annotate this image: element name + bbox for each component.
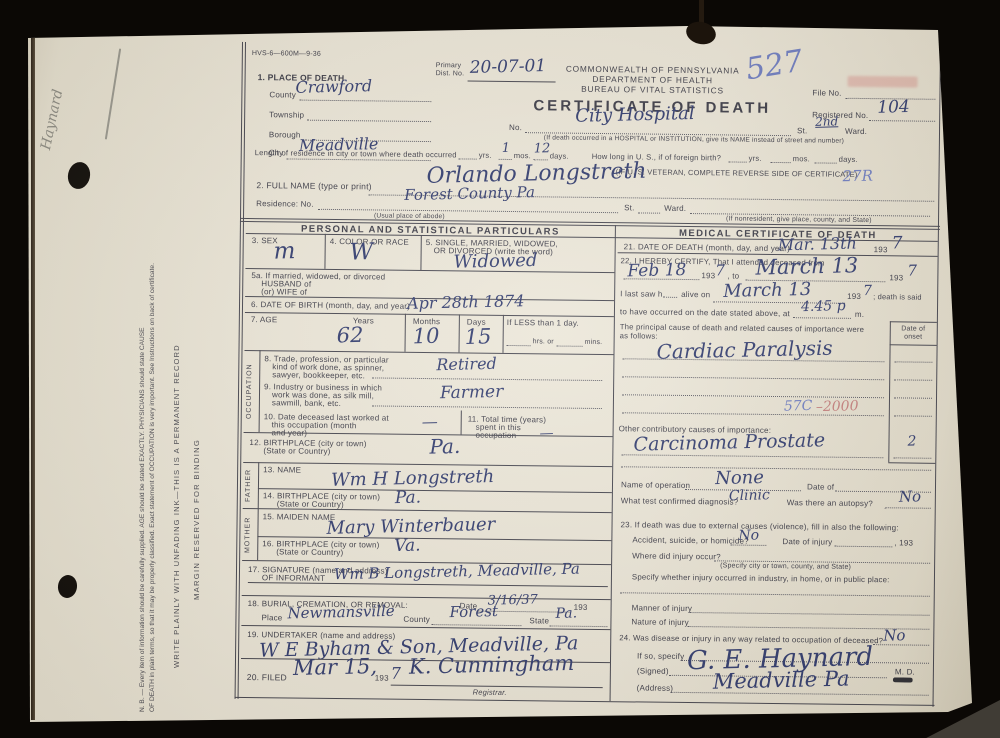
- occurred-label: to have occurred on the date stated abov…: [620, 307, 790, 318]
- mother-rule: [242, 560, 611, 565]
- father-name-label: 13. NAME: [263, 465, 301, 474]
- industry-line: [372, 405, 602, 409]
- residence-ward-line: [690, 213, 930, 217]
- less-than-day-label: If LESS than 1 day.: [507, 318, 579, 328]
- accident-label: Accident, suicide, or homicide?: [632, 535, 749, 545]
- age-div1: [404, 314, 405, 352]
- age-div2: [458, 314, 459, 352]
- cause-line-3: [622, 394, 884, 398]
- last-worked-value: —: [421, 412, 437, 431]
- signed-label: (Signed): [637, 666, 669, 675]
- burial-state-line: [549, 625, 607, 627]
- full-name-line: [368, 194, 934, 201]
- age-years-value: 62: [336, 323, 363, 348]
- dod-193: 193: [874, 245, 888, 254]
- time-line: [793, 317, 851, 319]
- residence-ward-label: Ward.: [664, 204, 686, 213]
- res-mos-label: mos.: [514, 151, 531, 160]
- registrar-value: K. Cunningham: [409, 651, 575, 679]
- ward-value: 2nd: [815, 114, 838, 129]
- father-rule: [243, 508, 612, 513]
- last-worked-label-2: this occupation (month: [272, 420, 357, 430]
- father-side-label: FATHER: [245, 463, 253, 508]
- where-note: (Specify city or town, county, and State…: [720, 562, 851, 570]
- residence-st-line: [638, 212, 660, 213]
- death-said-label: ; death is said: [873, 292, 922, 302]
- manner-line: [690, 612, 930, 616]
- onset-line-4: [894, 415, 932, 416]
- burial-label: 18. BURIAL, CREMATION, OR REMOVAL:: [248, 599, 408, 610]
- age-years-label: Years: [353, 316, 374, 325]
- industry-label-2: work was done, as silk mill,: [272, 390, 374, 400]
- burial-place-label: Place: [261, 613, 282, 622]
- primary-dist-value: 20-07-01: [470, 56, 547, 78]
- borough-line: [305, 140, 431, 142]
- principal-label-2: as follows:: [620, 331, 658, 340]
- file-no-label: File No.: [812, 88, 841, 97]
- if-so-line: [681, 660, 929, 664]
- length-residence-label: Length of residence in city or town wher…: [255, 148, 457, 159]
- attended-from-value: Feb 18: [627, 260, 686, 281]
- punch-hole-bottom: [56, 574, 78, 599]
- burial-place-value: Newmansville: [287, 602, 395, 623]
- color-race-label: 4. COLOR OR RACE: [330, 237, 409, 247]
- last-saw-193: 193: [847, 292, 861, 301]
- margin-binding-note: MARGIN RESERVED FOR BINDING: [192, 439, 201, 600]
- mother-side-divider: [257, 508, 259, 560]
- color-marital-divider: [420, 235, 421, 270]
- institution-no-label: No.: [509, 123, 522, 132]
- full-name-label: 2. FULL NAME (type or print): [256, 180, 371, 191]
- age-days-value: 15: [464, 324, 491, 349]
- total-time-label-1: 11. Total time (years): [468, 415, 546, 425]
- onset-label-2: onset: [890, 333, 937, 341]
- birthplace-rule: [243, 462, 612, 467]
- pencil-stroke: [105, 48, 121, 139]
- age-days-label: Days: [467, 318, 486, 327]
- city-label: City: [269, 148, 284, 157]
- mother-bp-value: Va.: [394, 536, 421, 557]
- residence-value: Forest County Pa: [404, 183, 535, 204]
- mother-bp-label: 16. BIRTHPLACE (city or town): [262, 539, 379, 549]
- industry-label-3: sawmill, bank, etc.: [272, 398, 341, 408]
- occupation-related-line: [873, 644, 929, 646]
- city-value: Meadville: [299, 134, 379, 155]
- onset-line-2: [894, 379, 932, 380]
- informant-row-rule: [242, 595, 611, 600]
- cause-line-2: [622, 376, 884, 380]
- mins-line: [557, 346, 583, 347]
- abode-note: (Usual place of abode): [374, 212, 445, 220]
- personal-section-title: PERSONAL AND STATISTICAL PARTICULARS: [246, 223, 615, 238]
- occupation-related-label: 24. Was disease or injury in any way rel…: [619, 633, 883, 645]
- burial-date-value: 3/16/37: [488, 592, 538, 608]
- manner-label: Manner of injury: [632, 603, 693, 613]
- total-time-label-2: spent in this: [476, 423, 521, 433]
- filed-label: 20. FILED: [247, 672, 287, 682]
- to-label: , to: [727, 271, 739, 280]
- md-label: M. D.: [895, 667, 915, 676]
- dod-year7: 7: [892, 233, 903, 253]
- residence-line: [318, 209, 618, 213]
- nature-line: [687, 626, 929, 630]
- father-name-rule: [258, 488, 612, 493]
- township-line: [307, 120, 431, 122]
- onset-line-5: [893, 457, 931, 458]
- marital-value: Widowed: [453, 250, 537, 273]
- onset-line-3: [894, 397, 932, 398]
- md-smudge: [893, 677, 913, 682]
- filed-date-value: Mar 15,: [293, 654, 378, 680]
- registered-value: 104: [877, 97, 910, 118]
- last-worked-label-1: 10. Date deceased last worked at: [264, 412, 389, 422]
- veteran-note: (IF U. S. VETERAN, COMPLETE REVERSE SIDE…: [567, 167, 907, 180]
- informant-value: Wm B Longstreth, Meadville, Pa: [334, 560, 580, 584]
- father-side-divider: [258, 462, 260, 508]
- operation-date-label: Date of: [807, 482, 834, 491]
- age-months-label: Months: [413, 317, 441, 326]
- header-rule-1: [240, 218, 940, 227]
- us-yrs-line: [729, 161, 747, 162]
- res-yrs-line: [459, 158, 477, 159]
- total-time-label-3: occupation: [476, 431, 517, 440]
- filed-year7: 7: [391, 664, 402, 683]
- st-label: St.: [797, 126, 807, 135]
- cause-line-1: [622, 358, 884, 362]
- age-rule: [244, 350, 613, 355]
- pencil-note: Haynard: [38, 88, 66, 151]
- burial-county-label: County: [403, 615, 430, 624]
- place-of-death-label: 1. PLACE OF DEATH: [258, 72, 345, 83]
- address-line: [671, 692, 929, 696]
- undertaker-label: 19. UNDERTAKER (name and address): [247, 630, 395, 641]
- sex-value: m: [273, 238, 295, 265]
- dob-rule: [245, 312, 614, 317]
- commonwealth-line: COMMONWEALTH OF PENNSYLVANIA: [538, 63, 768, 76]
- address-label: (Address): [637, 683, 674, 692]
- alive-on-label: alive on: [681, 290, 710, 299]
- bureau-line: BUREAU OF VITAL STATISTICS: [537, 83, 767, 96]
- color-race-value: W: [349, 239, 373, 266]
- mins-label: mins.: [585, 339, 603, 346]
- onset-line-1: [894, 361, 932, 362]
- ward-label: Ward.: [845, 127, 867, 136]
- occupation-side-label: OCCUPATION: [246, 351, 254, 432]
- burial-date-line: [478, 611, 570, 613]
- burial-193: 193: [574, 603, 588, 612]
- dod-value: Mar. 13th: [778, 234, 858, 255]
- wife-of-label: (or) WIFE of: [261, 287, 307, 297]
- dob-value: Apr 28th 1874: [407, 291, 525, 313]
- mother-name-label: 15. MAIDEN NAME: [263, 512, 336, 522]
- burial-rule: [241, 625, 610, 630]
- onset-box-top: [890, 321, 937, 323]
- onset-box-header-rule: [890, 344, 937, 346]
- time-m-label: m.: [855, 310, 864, 319]
- red-stamp: [848, 76, 918, 88]
- last-worked-label-3: and year): [272, 428, 308, 437]
- onset-label-1: Date of: [890, 325, 937, 333]
- institution-line: [525, 132, 791, 136]
- primary-dist-line: [468, 80, 556, 82]
- address-value: Meadville Pa: [713, 666, 850, 693]
- township-label: Township: [269, 110, 304, 119]
- registered-line: [869, 120, 935, 122]
- birthplace-value: Pa.: [429, 434, 460, 459]
- contributory-onset-value: 2: [907, 433, 916, 449]
- registrar-label: Registrar.: [473, 688, 507, 697]
- margin-nb-text: N. B. — Every item of information should…: [138, 263, 158, 712]
- occupation-side-divider: [259, 350, 261, 432]
- code-blue-value: 57C: [784, 398, 813, 415]
- undertaker-rule: [241, 658, 610, 663]
- last-saw-line: [713, 301, 845, 303]
- mother-bp-sub: (State or Country): [276, 547, 343, 557]
- filed-193: 193: [375, 673, 389, 682]
- last-saw-h-line: [663, 297, 677, 298]
- total-time-value: —: [539, 425, 553, 441]
- row5a-rule: [245, 296, 614, 301]
- form-border-left: [235, 42, 243, 699]
- onset-box-left: [888, 321, 891, 462]
- res-days-label: days.: [550, 151, 569, 160]
- form-number: HVS-6—600M—9-36: [252, 50, 321, 58]
- to-193: 193: [889, 273, 903, 282]
- after-box-line: [621, 466, 931, 471]
- from-193: 193: [701, 271, 715, 280]
- full-name-value: Orlando Longstreth: [426, 159, 647, 189]
- mother-side-label: MOTHER: [244, 509, 252, 560]
- form-border-right: [933, 50, 941, 707]
- where-label: Where did injury occur?: [632, 551, 721, 561]
- burial-state-label: State: [529, 616, 549, 625]
- us-days-line: [815, 162, 837, 163]
- res-yrs-label: yrs.: [479, 151, 492, 160]
- trade-label-1: 8. Trade, profession, or particular: [264, 354, 388, 364]
- trade-label-2: kind of work done, as spinner,: [272, 362, 384, 372]
- dob-label: 6. DATE OF BIRTH (month, day, and year): [251, 300, 410, 311]
- test-label: What test confirmed diagnosis?: [621, 496, 739, 506]
- sex-color-divider: [324, 234, 325, 269]
- marital-label-1: 5. SINGLE, MARRIED, WIDOWED,: [426, 238, 558, 249]
- hrs-line: [507, 345, 531, 346]
- specify-line: [620, 592, 930, 597]
- where-line: [714, 560, 930, 563]
- husband-of-label: HUSBAND of: [261, 279, 311, 289]
- birthplace-label: 12. BIRTHPLACE (city or town): [249, 438, 366, 448]
- res-mos-value: 1: [502, 141, 511, 156]
- contributory-label: Other contributory causes of importance:: [619, 424, 772, 435]
- city-line: [287, 158, 431, 161]
- burial-county-line: [431, 624, 521, 626]
- file-no-line: [845, 98, 935, 100]
- county-label: County: [269, 90, 296, 99]
- binding-shadow: [31, 36, 35, 720]
- row345-rule: [245, 268, 614, 273]
- onset-box-bottom: [888, 462, 935, 464]
- burial-date-label: Date: [460, 601, 478, 610]
- mother-name-value: Mary Winterbauer: [326, 514, 495, 539]
- operation-date-line: [835, 491, 931, 493]
- to-year7: 7: [907, 261, 917, 279]
- dod-rule: [618, 252, 938, 257]
- signed-line: [669, 675, 887, 678]
- us-yrs-label: yrs.: [749, 154, 762, 163]
- principal-cause-value: Cardiac Paralysis: [656, 336, 833, 364]
- header-rule-2: [240, 221, 940, 230]
- primary-dist-label1: Primary: [436, 62, 462, 69]
- autopsy-line: [885, 507, 931, 509]
- hrs-label: hrs. or: [533, 338, 554, 345]
- father-name-value: Wm H Longstreth: [331, 466, 495, 491]
- margin-write-plainly: WRITE PLAINLY WITH UNFADING INK—THIS IS …: [172, 344, 181, 668]
- last-saw-year7: 7: [863, 283, 872, 299]
- last-saw-label: I last saw h: [620, 289, 663, 298]
- from-year7: 7: [715, 261, 725, 279]
- contributory-line: [621, 454, 883, 458]
- us-length-label: How long in U. S., if of foreign birth?: [592, 152, 721, 162]
- attended-from-line: [623, 278, 699, 280]
- medical-section-title: MEDICAL CERTIFICATE OF DEATH: [618, 227, 938, 242]
- industry-value: Farmer: [440, 382, 504, 403]
- blue-number: 527: [743, 44, 805, 88]
- occupation-related-value: No: [883, 626, 906, 645]
- form-border-left2: [238, 42, 246, 699]
- attended-to-line: [745, 280, 885, 283]
- dod-label: 21. DATE OF DEATH (month, day, and year): [624, 242, 790, 253]
- mother-name-rule: [257, 536, 611, 541]
- certificate-paper: Haynard N. B. — Every item of informatio…: [0, 0, 1000, 738]
- res-mos-line: [499, 159, 512, 160]
- us-days-label: days.: [839, 155, 858, 164]
- column-divider: [610, 225, 616, 701]
- cause-line-4: [622, 412, 884, 416]
- attended-to-value: March 13: [755, 253, 858, 279]
- age-months-value: 10: [412, 324, 439, 349]
- res-days-value: 12: [534, 141, 551, 156]
- industry-label-1: 9. Industry or business in which: [264, 382, 382, 392]
- death-certificate-form: HVS-6—600M—9-36 1. PLACE OF DEATH County…: [241, 42, 942, 707]
- marital-label-2: OR DIVORCED (write the word): [434, 246, 554, 256]
- autopsy-value: No: [899, 487, 922, 506]
- operation-value: None: [715, 467, 764, 489]
- father-bp-value: Pa.: [395, 488, 422, 509]
- test-value: Clinic: [729, 487, 770, 504]
- principal-label-1: The principal cause of death and related…: [620, 322, 864, 334]
- code-red-value: –2000: [816, 398, 859, 415]
- county-value: Crawford: [295, 76, 372, 97]
- last-saw-value: March 13: [723, 279, 812, 302]
- birthplace-sub: (State or Country): [263, 446, 330, 456]
- accident-line: [730, 545, 766, 546]
- primary-dist-label2: Dist. No.: [436, 70, 465, 77]
- registered-label: Registered No.: [812, 110, 868, 120]
- nature-label: Nature of injury: [631, 617, 689, 627]
- informant-label-2: OF INFORMANT: [262, 573, 325, 583]
- age-label: 7. AGE: [251, 315, 278, 324]
- married-widowed-label: 5a. If married, widowed, or divorced: [251, 271, 385, 282]
- trade-line: [372, 377, 602, 381]
- time-value: 4.45 p: [801, 298, 846, 315]
- signed-value: G. E. Haynard: [687, 642, 874, 676]
- certify-label: 22. I HEREBY CERTIFY, That I attended de…: [620, 256, 824, 267]
- department-line: DEPARTMENT OF HEALTH: [538, 73, 768, 86]
- informant-label-1: 17. SIGNATURE (name and address): [248, 565, 388, 576]
- informant-rule: [248, 582, 608, 587]
- age-div3: [502, 315, 503, 353]
- punch-hole-top: [65, 160, 92, 191]
- certificate-title: CERTIFICATE OF DEATH: [517, 97, 787, 117]
- borough-label: Borough: [269, 130, 301, 139]
- operation-line: [685, 489, 801, 491]
- injury-193: , 193: [894, 538, 913, 547]
- occupation-rule: [244, 432, 613, 437]
- injury-date-line: [834, 546, 892, 548]
- row1011-divider: [461, 410, 462, 434]
- res-days-line: [534, 159, 548, 160]
- residence-st-label: St.: [624, 203, 634, 212]
- section-title-rule: [246, 233, 938, 242]
- trade-value: Retired: [436, 354, 497, 374]
- form-border-bottom: [235, 697, 935, 706]
- undertaker-value: W E Byham & Son, Meadville, Pa: [259, 632, 579, 662]
- injury-date-label: Date of injury: [782, 537, 832, 547]
- county-line: [299, 100, 431, 102]
- external-label: 23. If death was due to external causes …: [620, 520, 898, 532]
- trade-label-3: sawyer, bookkeeper, etc.: [272, 370, 365, 380]
- institution-value: City Hospital: [575, 103, 695, 127]
- blue-mark: 27R: [842, 167, 873, 186]
- institution-note: (If death occurred in a HOSPITAL or INST…: [499, 134, 889, 145]
- burial-county-value: Forest: [449, 602, 498, 621]
- if-so-label: If so, specify: [637, 651, 684, 661]
- sex-label: 3. SEX: [252, 236, 278, 245]
- accident-value: No: [738, 527, 759, 543]
- contributory-value: Carcinoma Prostate: [633, 429, 825, 456]
- registrar-line: [391, 685, 603, 688]
- us-mos-line: [771, 162, 791, 163]
- father-bp-sub: (State or Country): [277, 499, 344, 509]
- specify-label: Specify whether injury occurred in indus…: [632, 572, 890, 584]
- burial-state-value: Pa.: [555, 605, 577, 622]
- father-bp-label: 14. BIRTHPLACE (city or town): [263, 491, 380, 501]
- residence-label: Residence: No.: [256, 199, 314, 209]
- autopsy-label: Was there an autopsy?: [787, 498, 873, 508]
- operation-label: Name of operation: [621, 480, 690, 490]
- nonresident-note: (If nonresident, give place, county, and…: [726, 215, 872, 224]
- us-mos-label: mos.: [793, 154, 810, 163]
